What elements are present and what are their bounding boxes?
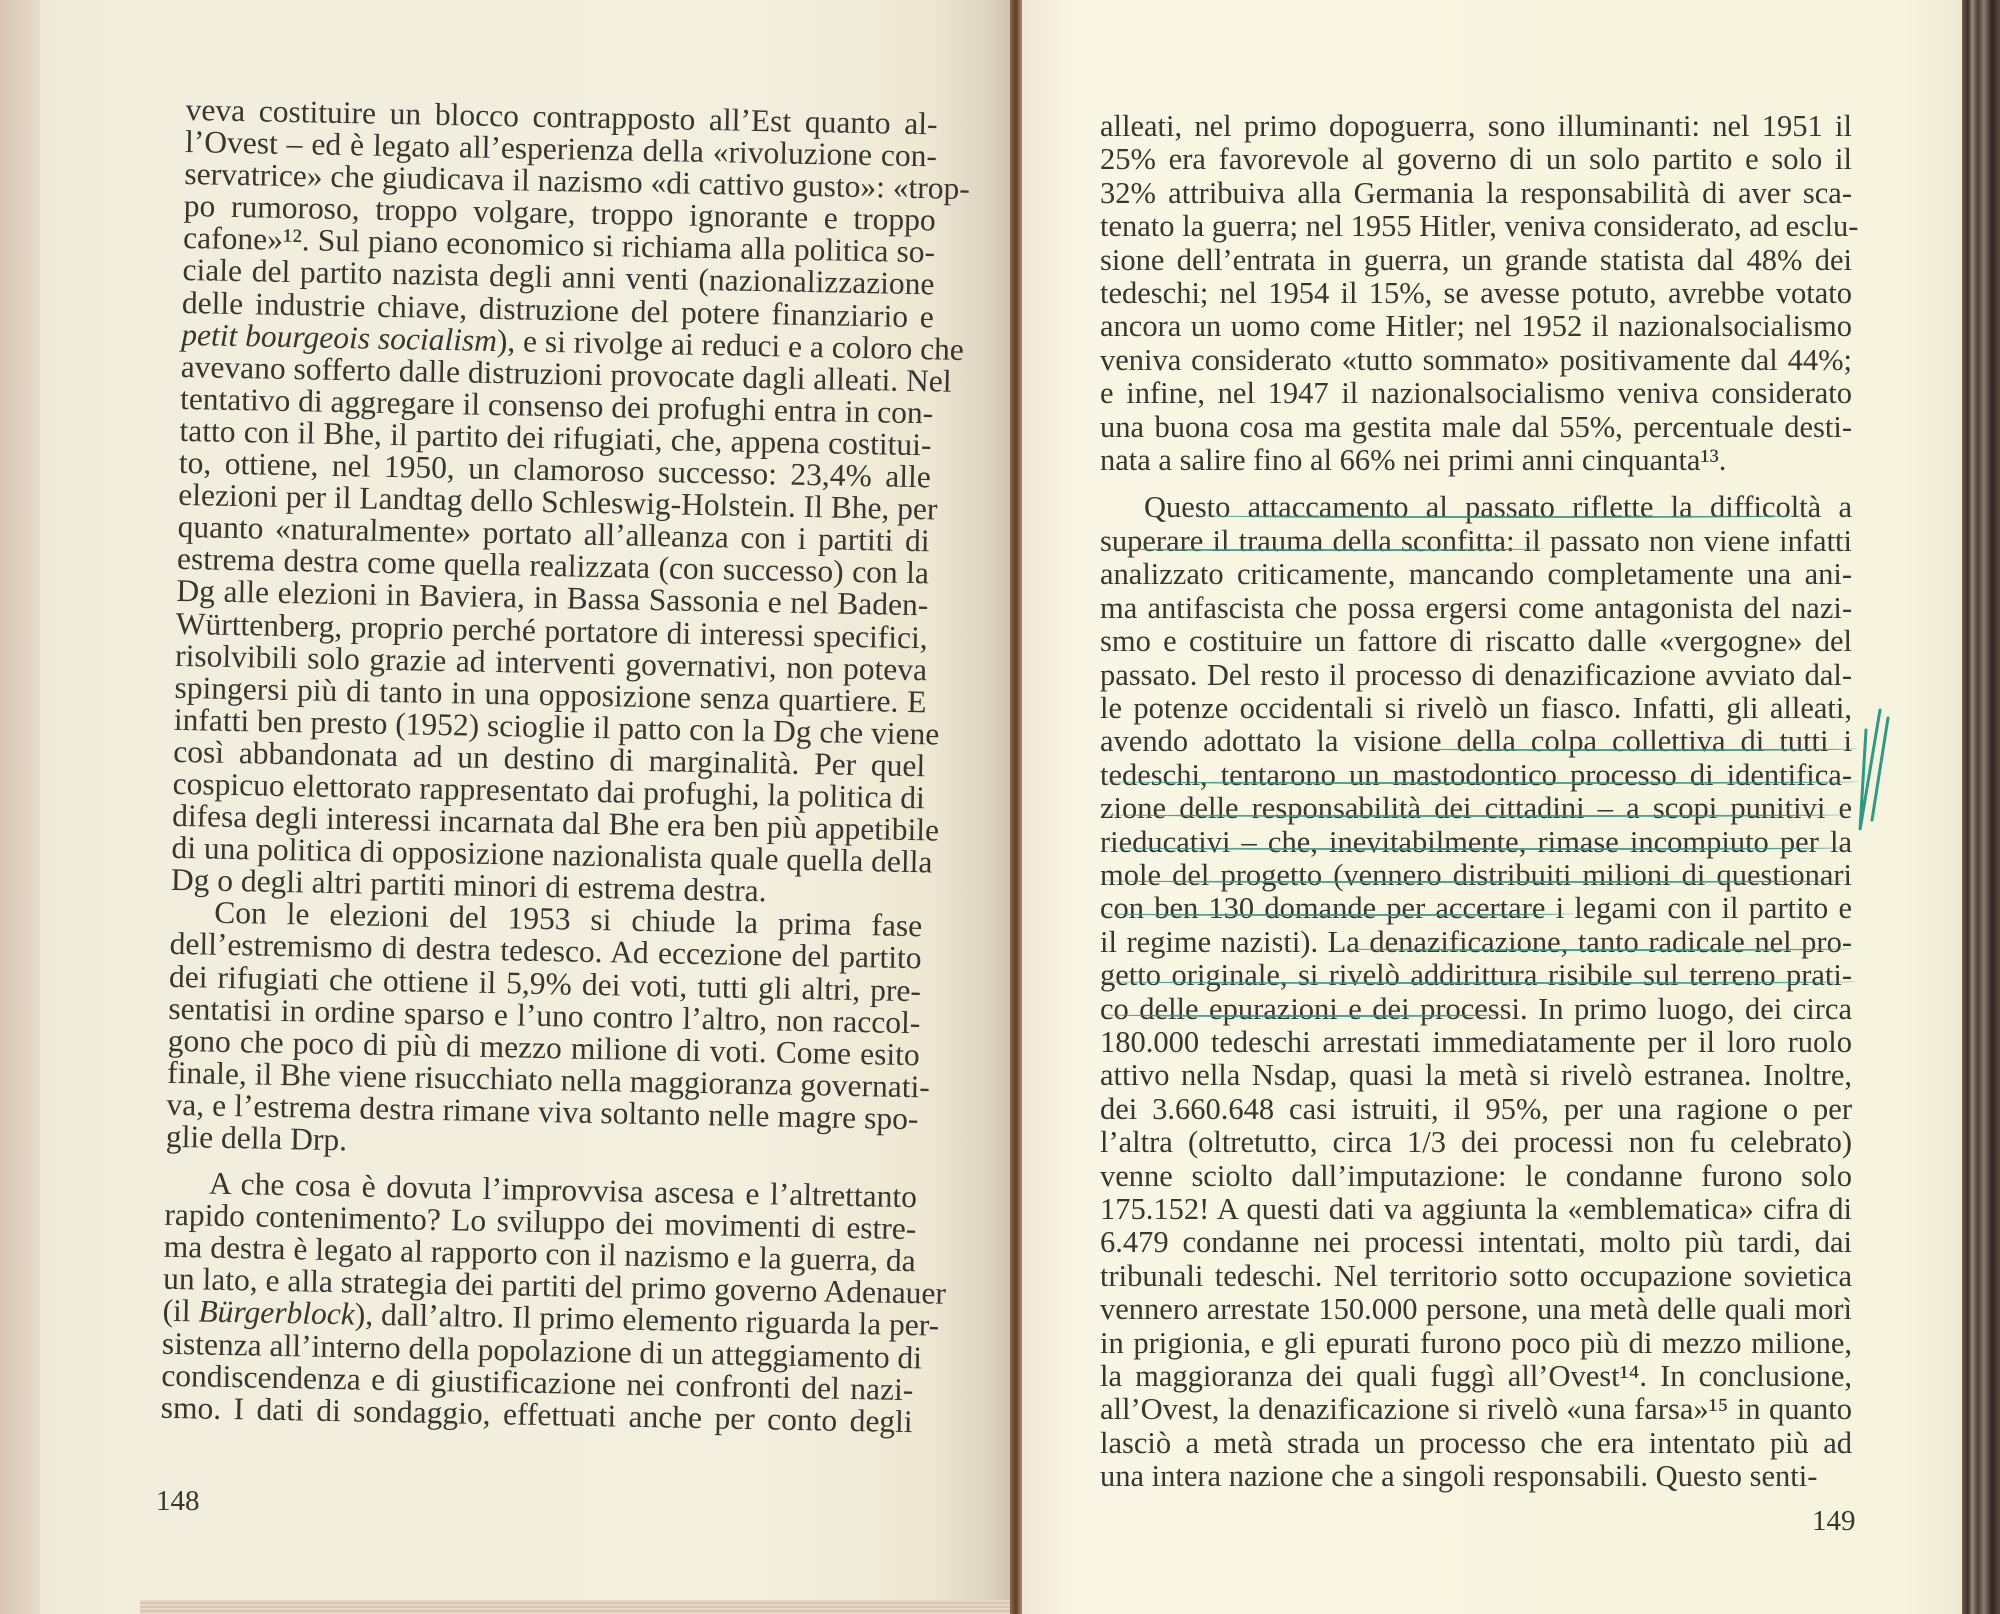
pen-underline bbox=[1104, 877, 1846, 883]
right-text-line: mole del progetto (vennero distribuiti m… bbox=[1100, 859, 1852, 892]
pen-underline bbox=[1104, 811, 1846, 817]
right-text-line: 6.479 condanne nei processi intentati, m… bbox=[1100, 1226, 1852, 1259]
right-text-line: tedeschi; nel 1954 il 15%, se avesse pot… bbox=[1100, 277, 1852, 310]
pen-underline bbox=[1104, 545, 1544, 551]
right-text-line: analizzato criticamente, mancando comple… bbox=[1100, 558, 1852, 591]
pen-underline bbox=[1104, 844, 1849, 850]
right-page-body-text: alleati, nel primo dopoguerra, sono illu… bbox=[1100, 110, 1852, 1494]
right-text-line: e infine, nel 1947 il nazionalsocialismo… bbox=[1100, 377, 1852, 410]
right-text-line: vennero arrestate 150.000 persone, una m… bbox=[1100, 1293, 1852, 1326]
right-text-line: co delle epurazioni e dei processi. In p… bbox=[1100, 993, 1852, 1026]
right-text-line: nata a salire fino al 66% nei primi anni… bbox=[1100, 444, 1852, 477]
right-text-line: ancora un uomo come Hitler; nel 1952 il … bbox=[1100, 310, 1852, 343]
pen-underline bbox=[1104, 910, 1574, 916]
left-page: veva costituire un blocco contrapposto a… bbox=[0, 0, 1010, 1614]
right-text-line: venne sciolto dall’imputazione: le conda… bbox=[1100, 1160, 1852, 1193]
pen-underline bbox=[1104, 778, 1859, 784]
paragraph-gap bbox=[1100, 477, 1852, 491]
right-text-line: 32% attribuiva alla Germania la responsa… bbox=[1100, 177, 1852, 210]
page-edge-left bbox=[0, 0, 40, 1614]
pen-underline bbox=[1104, 1011, 1504, 1017]
pen-underline bbox=[1200, 512, 1802, 518]
right-text-line: tribunali tedeschi. Nel territorio sotto… bbox=[1100, 1260, 1852, 1293]
right-text-line: superare il trauma della sconfitta: il p… bbox=[1100, 525, 1852, 558]
right-text-line: una buona cosa ma gestita male dal 55%, … bbox=[1100, 411, 1852, 444]
right-text-line: Questo attaccamento al passato riflette … bbox=[1100, 491, 1852, 524]
right-text-line: la maggioranza dei quali fuggì all’Ovest… bbox=[1100, 1360, 1852, 1393]
right-text-line: tedeschi, tentarono un mastodontico proc… bbox=[1100, 759, 1852, 792]
page-number-right: 149 bbox=[1812, 1505, 1856, 1538]
pen-underline bbox=[1104, 978, 1856, 984]
right-text-line: 25% era favorevole al governo di un solo… bbox=[1100, 143, 1852, 176]
right-text-line: avendo adottato la visione della colpa c… bbox=[1100, 725, 1852, 758]
book-gutter bbox=[1010, 0, 1022, 1614]
pen-underline bbox=[1408, 745, 1858, 751]
right-text-line: alleati, nel primo dopoguerra, sono illu… bbox=[1100, 110, 1852, 143]
right-text-line: lasciò a metà strada un processo che era… bbox=[1100, 1427, 1852, 1460]
right-text-line: in prigionia, e gli epurati furono poco … bbox=[1100, 1327, 1852, 1360]
right-text-line: getto originale, si rivelò addirittura r… bbox=[1100, 959, 1852, 992]
page-stack-bottom bbox=[140, 1600, 1010, 1614]
margin-pen-mark-icon bbox=[1852, 700, 1892, 840]
right-text-line: il regime nazisti). La denazificazione, … bbox=[1100, 926, 1852, 959]
right-text-line: dei 3.660.648 casi istruiti, il 95%, per… bbox=[1100, 1093, 1852, 1126]
right-text-line: smo e costituire un fattore di riscatto … bbox=[1100, 625, 1852, 658]
book-cover-edge bbox=[1962, 0, 2000, 1614]
right-text-line: rieducativi – che, inevitabilmente, rima… bbox=[1100, 826, 1852, 859]
right-text-line: le potenze occidentali si rivelò un fias… bbox=[1100, 692, 1852, 725]
book-spread: veva costituire un blocco contrapposto a… bbox=[0, 0, 2000, 1614]
right-text-line: 175.152! A questi dati va aggiunta la «e… bbox=[1100, 1193, 1852, 1226]
right-text-line: 180.000 tedeschi arrestati immediatament… bbox=[1100, 1026, 1852, 1059]
right-text-line: sione dell’entrata in guerra, un grande … bbox=[1100, 244, 1852, 277]
right-text-line: una intera nazione che a singoli respons… bbox=[1100, 1460, 1852, 1493]
right-text-line: attivo nella Nsdap, quasi la metà si riv… bbox=[1100, 1059, 1852, 1092]
right-text-line: l’altra (oltretutto, circa 1/3 dei proce… bbox=[1100, 1126, 1852, 1159]
right-text-line: tenato la guerra; nel 1955 Hitler, veniv… bbox=[1100, 210, 1852, 243]
right-text-line: zione delle responsabilità dei cittadini… bbox=[1100, 792, 1852, 825]
page-number-left: 148 bbox=[156, 1485, 200, 1518]
left-page-body-text: veva costituire un blocco contrapposto a… bbox=[160, 94, 937, 1438]
pen-underline bbox=[1334, 945, 1852, 951]
right-text-line: all’Ovest, la denazificazione si rivelò … bbox=[1100, 1393, 1852, 1426]
right-text-line: veniva considerato «tutto sommato» posit… bbox=[1100, 344, 1852, 377]
right-text-line: passato. Del resto il processo di denazi… bbox=[1100, 659, 1852, 692]
right-text-line: ma antifascista che possa ergersi come a… bbox=[1100, 592, 1852, 625]
